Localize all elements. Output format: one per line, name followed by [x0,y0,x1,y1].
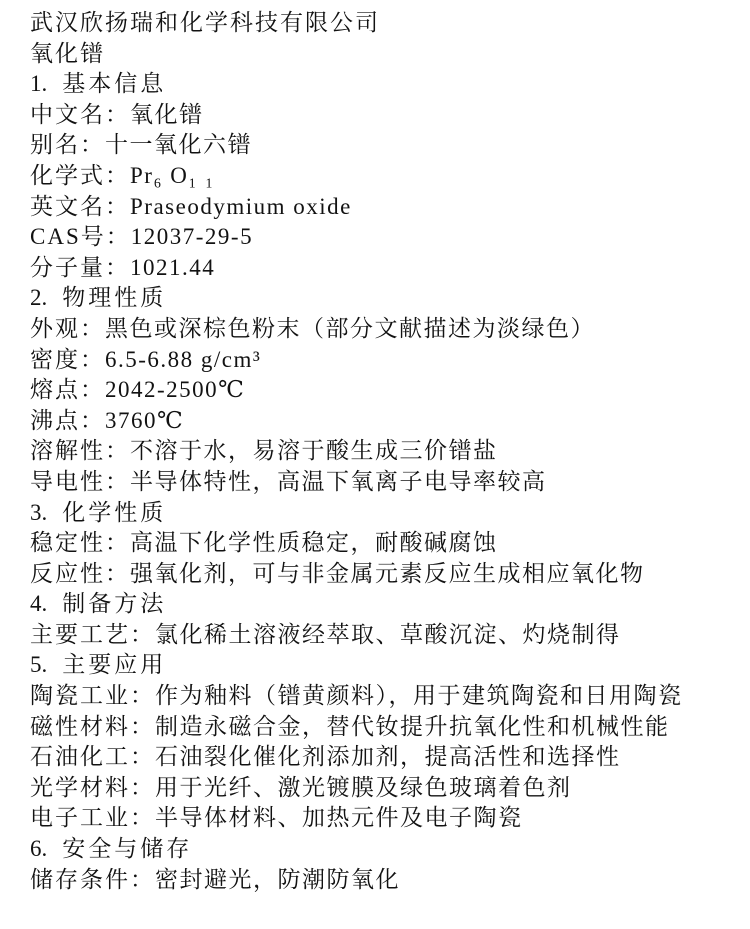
document-page: 武汉欣扬瑞和化学科技有限公司 氧化镨 1.基本信息 中文名：氧化镨 别名：十一氧… [0,0,750,929]
field-line: 分子量：1021.44 [30,253,730,284]
heading-text: 基本信息 [62,71,166,96]
field-label: 反应性： [30,561,130,586]
field-label: 英文名： [30,194,130,219]
field-line: 别名：十一氧化六镨 [30,130,730,161]
field-value: 氯化稀土溶液经萃取、草酸沉淀、灼烧制得 [155,622,621,647]
field-line: 熔点：2042-2500℃ [30,375,730,406]
paragraph-text: 氧化镨 [30,41,105,66]
section-heading: 5.主要应用 [30,650,730,681]
heading-number: 4. [30,589,47,620]
field-value: 石油裂化催化剂添加剂，提高活性和选择性 [155,744,621,769]
field-value: 6.5-6.88 g/cm³ [105,347,261,372]
field-label: 稳定性： [30,530,130,555]
field-value: 不溶于水，易溶于酸生成三价镨盐 [130,438,498,463]
field-value: Praseodymium oxide [130,194,352,219]
document-body: 武汉欣扬瑞和化学科技有限公司 氧化镨 1.基本信息 中文名：氧化镨 别名：十一氧… [30,8,730,895]
heading-text: 化学性质 [62,500,166,525]
field-label: 储存条件： [30,867,155,892]
field-label: 溶解性： [30,438,130,463]
field-label: 陶瓷工业： [30,683,155,708]
paragraph-line: 氧化镨 [30,39,730,70]
field-line: 光学材料：用于光纤、激光镀膜及绿色玻璃着色剂 [30,773,730,804]
section-heading: 4.制备方法 [30,589,730,620]
heading-text: 物理性质 [62,285,166,310]
field-line: 导电性：半导体特性，高温下氧离子电导率较高 [30,467,730,498]
field-value: 氧化镨 [130,102,204,127]
field-line: 反应性：强氧化剂，可与非金属元素反应生成相应氧化物 [30,559,730,590]
field-line: 石油化工：石油裂化催化剂添加剂，提高活性和选择性 [30,742,730,773]
field-value: 半导体材料、加热元件及电子陶瓷 [155,805,523,830]
field-line: 陶瓷工业：作为釉料（镨黄颜料），用于建筑陶瓷和日用陶瓷 [30,681,730,712]
paragraph-text: 武汉欣扬瑞和化学科技有限公司 [30,10,380,35]
field-value: 用于光纤、激光镀膜及绿色玻璃着色剂 [155,775,572,800]
heading-number: 6. [30,834,47,865]
field-value: 十一氧化六镨 [105,132,252,157]
field-value: 强氧化剂，可与非金属元素反应生成相应氧化物 [130,561,645,586]
section-heading: 3.化学性质 [30,498,730,529]
field-label: 石油化工： [30,744,155,769]
field-line: 外观：黑色或深棕色粉末（部分文献描述为淡绿色） [30,314,730,345]
field-line: 中文名：氧化镨 [30,100,730,131]
field-line: 沸点：3760℃ [30,406,730,437]
field-label: 中文名： [30,102,130,127]
field-value: 高温下化学性质稳定，耐酸碱腐蚀 [130,530,498,555]
field-value: Pr₆ O₁ ₁ [130,163,215,188]
section-heading: 1.基本信息 [30,69,730,100]
field-line: 储存条件：密封避光，防潮防氧化 [30,865,730,896]
field-label: 光学材料： [30,775,155,800]
field-line: 稳定性：高温下化学性质稳定，耐酸碱腐蚀 [30,528,730,559]
field-value: 2042-2500℃ [105,377,245,402]
field-label: 别名： [30,132,105,157]
field-line: 溶解性：不溶于水，易溶于酸生成三价镨盐 [30,436,730,467]
field-label: 主要工艺： [30,622,155,647]
field-value: 作为釉料（镨黄颜料），用于建筑陶瓷和日用陶瓷 [155,683,683,708]
field-line: 英文名：Praseodymium oxide [30,192,730,223]
field-line: 化学式：Pr₆ O₁ ₁ [30,161,730,192]
heading-number: 5. [30,650,47,681]
field-label: 电子工业： [30,805,155,830]
heading-number: 1. [30,69,47,100]
paragraph-line: 武汉欣扬瑞和化学科技有限公司 [30,8,730,39]
field-line: 主要工艺：氯化稀土溶液经萃取、草酸沉淀、灼烧制得 [30,620,730,651]
field-label: 分子量： [30,255,130,280]
field-value: 制造永磁合金，替代钕提升抗氧化性和机械性能 [155,714,670,739]
field-label: 熔点： [30,377,105,402]
field-value: 黑色或深棕色粉末（部分文献描述为淡绿色） [105,316,595,341]
section-heading: 6.安全与储存 [30,834,730,865]
field-label: 沸点： [30,408,105,433]
field-value: 1021.44 [130,255,215,280]
heading-number: 2. [30,283,47,314]
section-heading: 2.物理性质 [30,283,730,314]
field-value: 半导体特性，高温下氧离子电导率较高 [130,469,547,494]
field-value: 3760℃ [105,408,184,433]
heading-text: 主要应用 [62,652,166,677]
field-line: CAS号：12037-29-5 [30,222,730,253]
field-label: 外观： [30,316,105,341]
field-value: 密封避光，防潮防氧化 [155,867,400,892]
field-value: 12037-29-5 [131,224,253,249]
field-line: 磁性材料：制造永磁合金，替代钕提升抗氧化性和机械性能 [30,712,730,743]
heading-number: 3. [30,498,47,529]
heading-text: 安全与储存 [62,836,192,861]
field-line: 密度：6.5-6.88 g/cm³ [30,345,730,376]
field-label: 导电性： [30,469,130,494]
field-label: CAS号： [30,224,131,249]
field-label: 磁性材料： [30,714,155,739]
field-label: 化学式： [30,163,130,188]
heading-text: 制备方法 [62,591,166,616]
field-line: 电子工业：半导体材料、加热元件及电子陶瓷 [30,803,730,834]
field-label: 密度： [30,347,105,372]
